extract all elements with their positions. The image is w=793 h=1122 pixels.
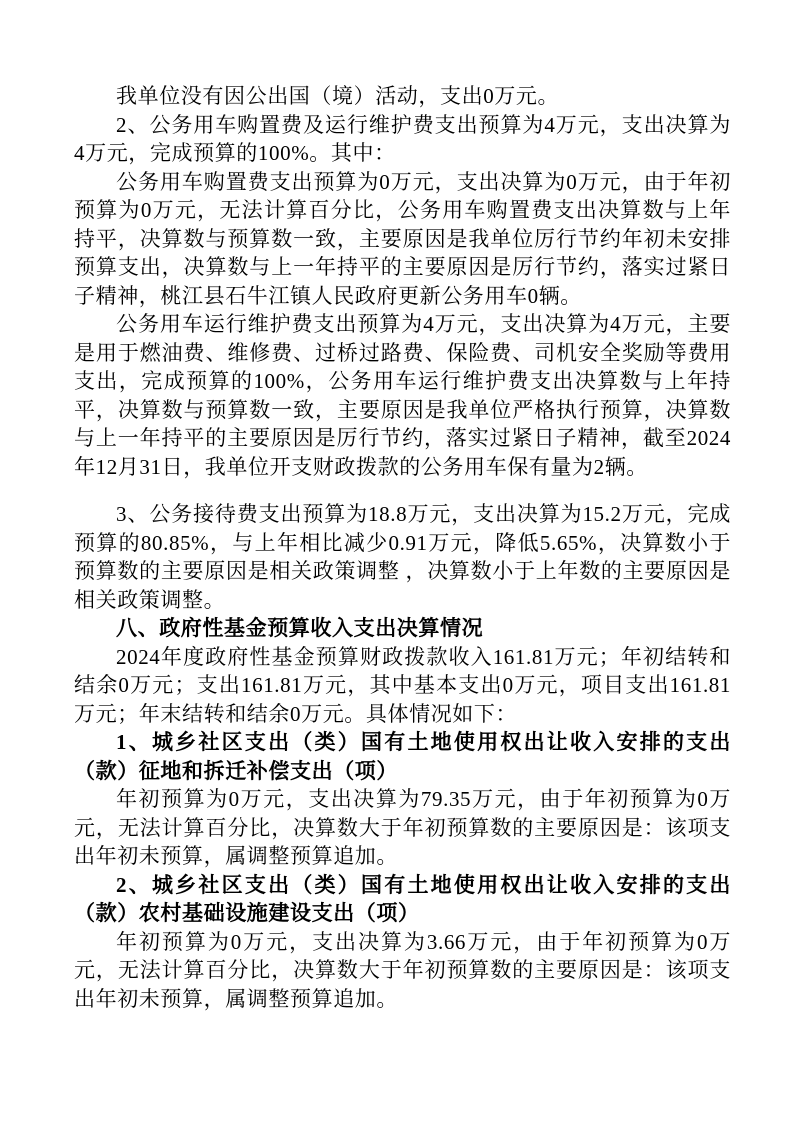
section-heading: 2、城乡社区支出（类）国有土地使用权出让收入安排的支出（款）农村基础设施建设支出… xyxy=(74,871,731,928)
paragraph: 年初预算为0万元，支出决算为79.35万元，由于年初预算为0万元，无法计算百分比… xyxy=(74,785,731,871)
document-page: 我单位没有因公出国（境）活动，支出0万元。2、公务用车购置费及运行维护费支出预算… xyxy=(0,0,793,1122)
section-heading: 1、城乡社区支出（类）国有土地使用权出让收入安排的支出（款）征地和拆迁补偿支出（… xyxy=(74,728,731,785)
paragraph: 2、公务用车购置费及运行维护费支出预算为4万元，支出决算为4万元，完成预算的10… xyxy=(74,111,731,168)
paragraph: 2024年度政府性基金预算财政拨款收入161.81万元；年初结转和结余0万元；支… xyxy=(74,643,731,729)
document-body: 我单位没有因公出国（境）活动，支出0万元。2、公务用车购置费及运行维护费支出预算… xyxy=(74,82,731,1013)
section-heading: 八、政府性基金预算收入支出决算情况 xyxy=(74,614,731,643)
paragraph: 我单位没有因公出国（境）活动，支出0万元。 xyxy=(74,82,731,111)
paragraph: 公务用车运行维护费支出预算为4万元，支出决算为4万元，主要是用于燃油费、维修费、… xyxy=(74,310,731,481)
paragraph: 年初预算为0万元，支出决算为3.66万元，由于年初预算为0万元，无法计算百分比，… xyxy=(74,928,731,1014)
paragraph: 3、公务接待费支出预算为18.8万元，支出决算为15.2万元，完成预算的80.8… xyxy=(74,500,731,614)
paragraph: 公务用车购置费支出预算为0万元，支出决算为0万元，由于年初预算为0万元，无法计算… xyxy=(74,168,731,311)
